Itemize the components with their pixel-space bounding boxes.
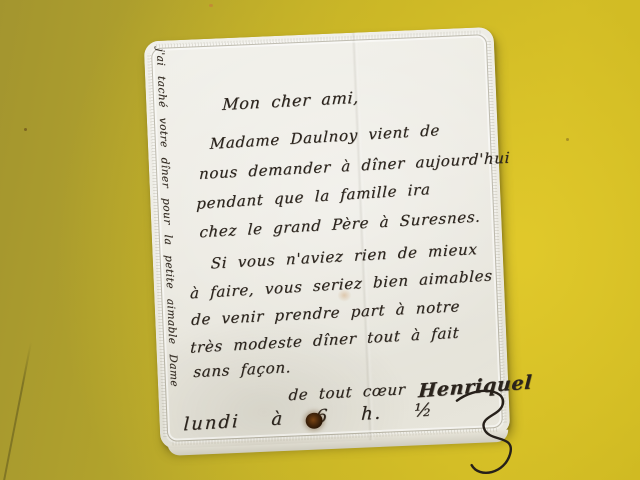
letter-line: pendant que la famille ira xyxy=(196,180,431,213)
signature-flourish xyxy=(450,384,529,480)
dust-speck xyxy=(209,4,213,7)
margin-note: j'ai taché votre dîner pour la petite ai… xyxy=(154,48,180,387)
background-crease-line xyxy=(3,342,32,480)
letter-line: nous demander à dîner aujourd'hui xyxy=(199,149,511,183)
card-ribbed-edge-top xyxy=(156,30,482,48)
photo-background: j'ai taché votre dîner pour la petite ai… xyxy=(0,0,640,480)
dust-speck xyxy=(566,138,569,141)
salutation-line: Mon cher ami, xyxy=(222,88,360,114)
letter-line: de venir prendre part à notre xyxy=(191,297,461,329)
letter-line: très modeste dîner tout à fait xyxy=(190,324,460,357)
letter-card: j'ai taché votre dîner pour la petite ai… xyxy=(144,27,511,449)
letter-line: chez le grand Père à Suresnes. xyxy=(199,208,481,242)
dust-speck xyxy=(24,128,27,131)
letter-line: sans façon. xyxy=(193,358,291,381)
letter-line: Si vous n'aviez rien de mieux xyxy=(211,240,478,272)
closing-line: de tout cœur xyxy=(288,380,406,404)
letter-line: Madame Daulnoy vient de xyxy=(210,121,441,153)
card-ribbed-edge-right xyxy=(487,39,507,423)
